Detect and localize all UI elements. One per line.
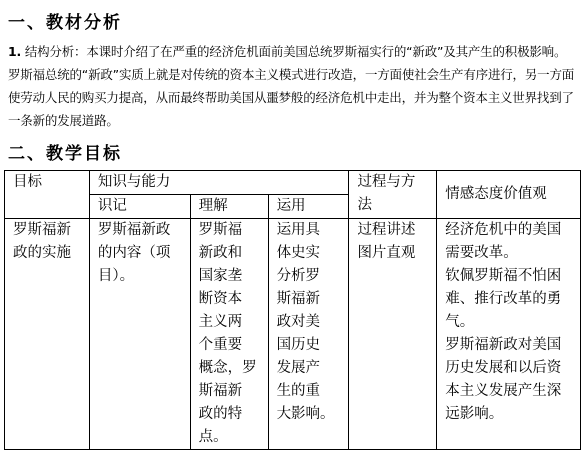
header-understand: 理解 bbox=[190, 195, 268, 219]
header-process-method: 过程与方 法 bbox=[349, 171, 437, 219]
structure-analysis-paragraph: 1. 结构分析：本课时介绍了在严重的经济危机面前美国总统罗斯福实行的“新政”及其… bbox=[8, 40, 576, 132]
paragraph-number: 1. bbox=[8, 44, 21, 59]
section-heading-teaching-goals: 二、教学目标 bbox=[8, 139, 122, 164]
teaching-goals-table: 目标 知识与能力 过程与方 法 情感态度价值观 识记 理解 运用 罗斯福新 政的… bbox=[4, 170, 581, 450]
header-recall: 识记 bbox=[89, 195, 190, 219]
paragraph-text: 结构分析：本课时介绍了在严重的经济危机面前美国总统罗斯福实行的“新政”及其产生的… bbox=[8, 44, 574, 128]
header-apply: 运用 bbox=[268, 195, 349, 219]
cell-emotion: 经济危机中的美国 需要改革。 钦佩罗斯福不怕困 难、推行改革的勇 气。 罗斯福新… bbox=[437, 219, 581, 450]
table-header-row: 目标 知识与能力 过程与方 法 情感态度价值观 bbox=[5, 171, 581, 195]
cell-process: 过程讲述 图片直观 bbox=[349, 219, 437, 450]
cell-understand: 罗斯福 新政和 国家垄 断资本 主义两 个重要 概念，罗 斯福新 政的特 点。 bbox=[190, 219, 268, 450]
cell-recall: 罗斯福新政 的内容（项 目）。 bbox=[89, 219, 190, 450]
section-heading-textbook-analysis: 一、教材分析 bbox=[8, 8, 122, 33]
header-emotion-values: 情感态度价值观 bbox=[437, 171, 581, 219]
header-knowledge-ability: 知识与能力 bbox=[89, 171, 349, 195]
cell-apply: 运用具 体史实 分析罗 斯福新 政对美 国历史 发展产 生的重 大影响。 bbox=[268, 219, 349, 450]
header-goal-empty bbox=[5, 195, 90, 219]
header-goal: 目标 bbox=[5, 171, 90, 195]
cell-goal: 罗斯福新 政的实施 bbox=[5, 219, 90, 450]
table-row: 罗斯福新 政的实施 罗斯福新政 的内容（项 目）。 罗斯福 新政和 国家垄 断资… bbox=[5, 219, 581, 450]
